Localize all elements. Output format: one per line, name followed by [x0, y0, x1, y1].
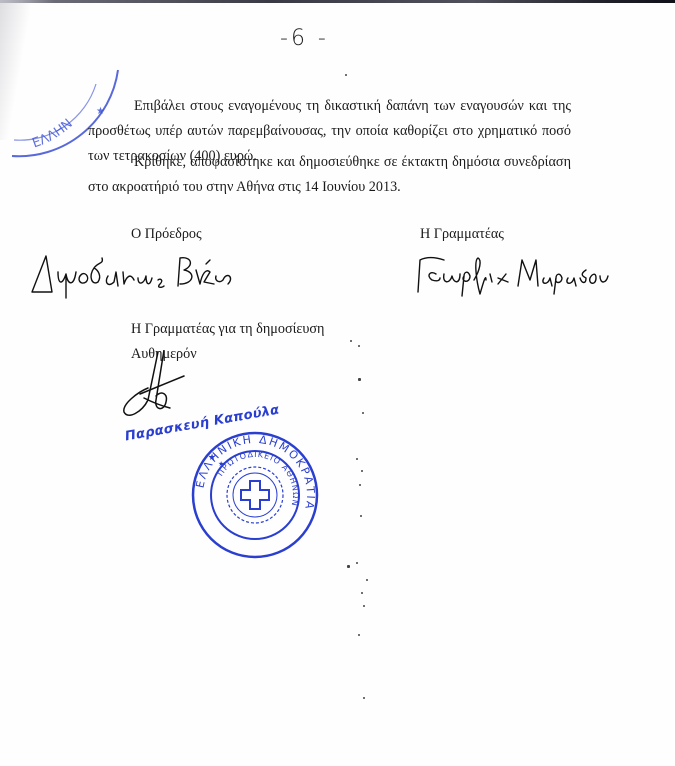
publication-signature: [118, 350, 188, 420]
scan-top-edge: [0, 0, 675, 3]
scan-speck: [363, 697, 365, 699]
page-number: -6 -: [280, 26, 329, 51]
document-page: ΕΛΛΗΝ ★ -6 - Επιβάλει στους εναγομένους …: [0, 0, 675, 766]
paragraph-text: Κρίθηκε, αποφασίστηκε και δημοσιεύθηκε σ…: [88, 154, 571, 195]
svg-text:★: ★: [208, 452, 216, 462]
scan-speck: [363, 605, 365, 607]
scan-speck: [362, 412, 364, 414]
scan-speck: [350, 340, 352, 342]
secretary-label: Η Γραμματέας: [420, 226, 504, 243]
president-signature: [28, 250, 238, 300]
scan-speck: [361, 592, 363, 594]
president-label: Ο Πρόεδρος: [131, 226, 202, 243]
scan-speck: [356, 458, 358, 460]
scan-speck: [366, 579, 368, 581]
secretary-signature: [410, 250, 610, 300]
scan-speck: [361, 470, 363, 472]
svg-text:★: ★: [218, 460, 224, 468]
scan-speck: [359, 484, 361, 486]
scan-speck: [360, 515, 362, 517]
scan-speck: [358, 634, 360, 636]
svg-text:ΕΛΛΗΝ: ΕΛΛΗΝ: [30, 116, 75, 151]
publication-label: Η Γραμματέας για τη δημοσίευση: [131, 321, 324, 338]
scan-speck: [347, 565, 350, 568]
scan-speck: [345, 74, 347, 76]
paragraph-judgment: Κρίθηκε, αποφασίστηκε και δημοσιεύθηκε σ…: [88, 150, 571, 200]
scan-speck: [358, 345, 360, 347]
scan-speck: [356, 562, 358, 564]
scan-speck: [358, 378, 361, 381]
court-seal-icon: ΕΛΛΗΝΙΚΗ ΔΗΜΟΚΡΑΤΙΑ ΠΡΩΤΟΔΙΚΕΙΟ ΑΘΗΝΩΝ ★…: [190, 430, 320, 560]
